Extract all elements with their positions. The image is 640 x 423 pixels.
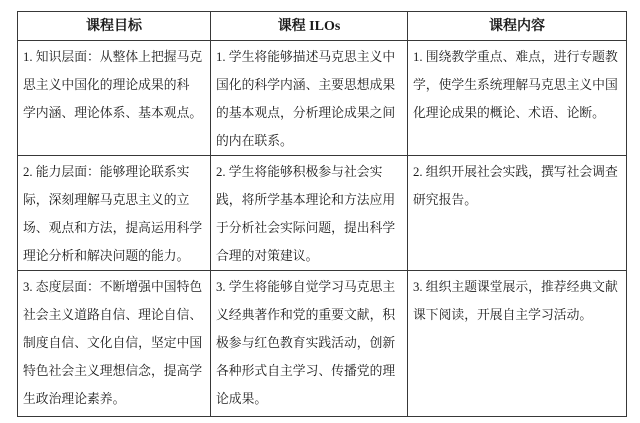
cell-objective-knowledge: 1. 知识层面：从整体上把握马克 思主义中国化的理论成果的科 学内涵、理论体系、… — [18, 41, 211, 156]
table-header-row: 课程目标 课程 ILOs 课程内容 — [18, 12, 627, 41]
course-design-table: 课程目标 课程 ILOs 课程内容 1. 知识层面：从整体上把握马克 思主义中国… — [17, 11, 627, 417]
table-row: 2. 能力层面：能够理论联系实 际，深刻理解马克思主义的立 场、观点和方法，提高… — [18, 156, 627, 271]
cell-content-social-practice: 2. 组织开展社会实践，撰写社会调查 研究报告。 — [408, 156, 627, 271]
table-row: 1. 知识层面：从整体上把握马克 思主义中国化的理论成果的科 学内涵、理论体系、… — [18, 41, 627, 156]
cell-ilo-describe: 1. 学生将能够描述马克思主义中 国化的科学内涵、主要思想成果 的基本观点，分析… — [211, 41, 408, 156]
header-course-ilos: 课程 ILOs — [211, 12, 408, 41]
header-course-content: 课程内容 — [408, 12, 627, 41]
table-row: 3. 态度层面：不断增强中国特色 社会主义道路自信、理论自信、 制度自信、文化自… — [18, 271, 627, 417]
cell-ilo-practice: 2. 学生将能够积极参与社会实 践，将所学基本理论和方法应用 于分析社会实际问题… — [211, 156, 408, 271]
cell-content-thematic-teaching: 1. 围绕教学重点、难点，进行专题教 学，使学生系统理解马克思主义中国 化理论成… — [408, 41, 627, 156]
cell-ilo-self-study: 3. 学生将能够自觉学习马克思主 义经典著作和党的重要文献，积 极参与红色教育实… — [211, 271, 408, 417]
cell-content-classroom-display: 3. 组织主题课堂展示，推荐经典文献 课下阅读，开展自主学习活动。 — [408, 271, 627, 417]
cell-objective-attitude: 3. 态度层面：不断增强中国特色 社会主义道路自信、理论自信、 制度自信、文化自… — [18, 271, 211, 417]
header-course-objectives: 课程目标 — [18, 12, 211, 41]
cell-objective-ability: 2. 能力层面：能够理论联系实 际，深刻理解马克思主义的立 场、观点和方法，提高… — [18, 156, 211, 271]
